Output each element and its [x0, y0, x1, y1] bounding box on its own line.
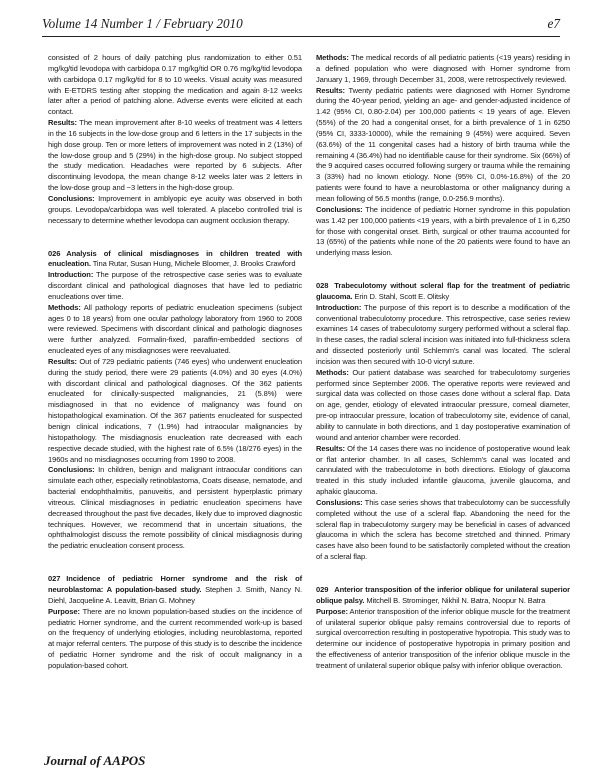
abstract-027-heading: 027Incidence of pediatric Horner syndrom… [48, 574, 302, 607]
abstract-number: 028 [316, 281, 328, 290]
introduction-paragraph: Introduction: The purpose of the retrosp… [48, 270, 302, 303]
abstract-026-heading: 026Analysis of clinical misdiagnoses in … [48, 249, 302, 271]
journal-footer: Journal of AAPOS [44, 753, 145, 769]
purpose-paragraph: Purpose: Anterior transposition of the i… [316, 607, 570, 672]
conclusions-paragraph: Conslusions: This case series shows that… [316, 498, 570, 563]
conclusions-paragraph: Conclusions: In children, benign and mal… [48, 465, 302, 552]
abstract-authors: Mitchell B. Strominger, Nikhil N. Batra,… [364, 596, 545, 605]
conclusions-paragraph: Conclusions: The incidence of pediatric … [316, 205, 570, 259]
introduction-paragraph: Introduction: The purpose of this report… [316, 303, 570, 368]
left-column: consisted of 2 hours of daily patching p… [48, 53, 302, 672]
abstract-authors: Erin D. Stahl, Scott E. Olitsky [352, 292, 449, 301]
running-header: Volume 14 Number 1 / February 2010 e7 [42, 14, 560, 37]
methods-paragraph: Methods: All pathology reports of pediat… [48, 303, 302, 357]
methods-paragraph: Methods: Our patient database was search… [316, 368, 570, 444]
abstract-number: 027 [48, 574, 60, 583]
abstract-number: 029 [316, 585, 328, 594]
results-label: Results: [48, 118, 77, 127]
right-column: Methods: The medical records of all pedi… [316, 53, 570, 672]
results-paragraph: Results: Out of 729 pediatric patients (… [48, 357, 302, 465]
results-paragraph: Results: Twenty pediatric patients were … [316, 86, 570, 205]
abstract-number: 026 [48, 249, 60, 258]
page-number: e7 [548, 16, 560, 32]
methods-continued: consisted of 2 hours of daily patching p… [48, 53, 302, 118]
conclusions-label: Conclusions: [48, 194, 95, 203]
conclusions-paragraph: Conclusions: Improvement in amblyopic ey… [48, 194, 302, 227]
results-paragraph: Results: Of the 14 cases there was no in… [316, 444, 570, 498]
results-paragraph: Results: The mean improvement after 8-10… [48, 118, 302, 194]
methods-paragraph: Methods: The medical records of all pedi… [316, 53, 570, 86]
volume-info: Volume 14 Number 1 / February 2010 [42, 16, 243, 32]
purpose-paragraph: Purpose: There are no known population-b… [48, 607, 302, 672]
abstract-028-heading: 028Trabeculotomy without scleral flap fo… [316, 281, 570, 303]
abstract-029-heading: 029Anterior transposition of the inferio… [316, 585, 570, 607]
abstract-authors: Tina Rutar, Susan Hung, Michele Bloomer,… [91, 259, 296, 268]
